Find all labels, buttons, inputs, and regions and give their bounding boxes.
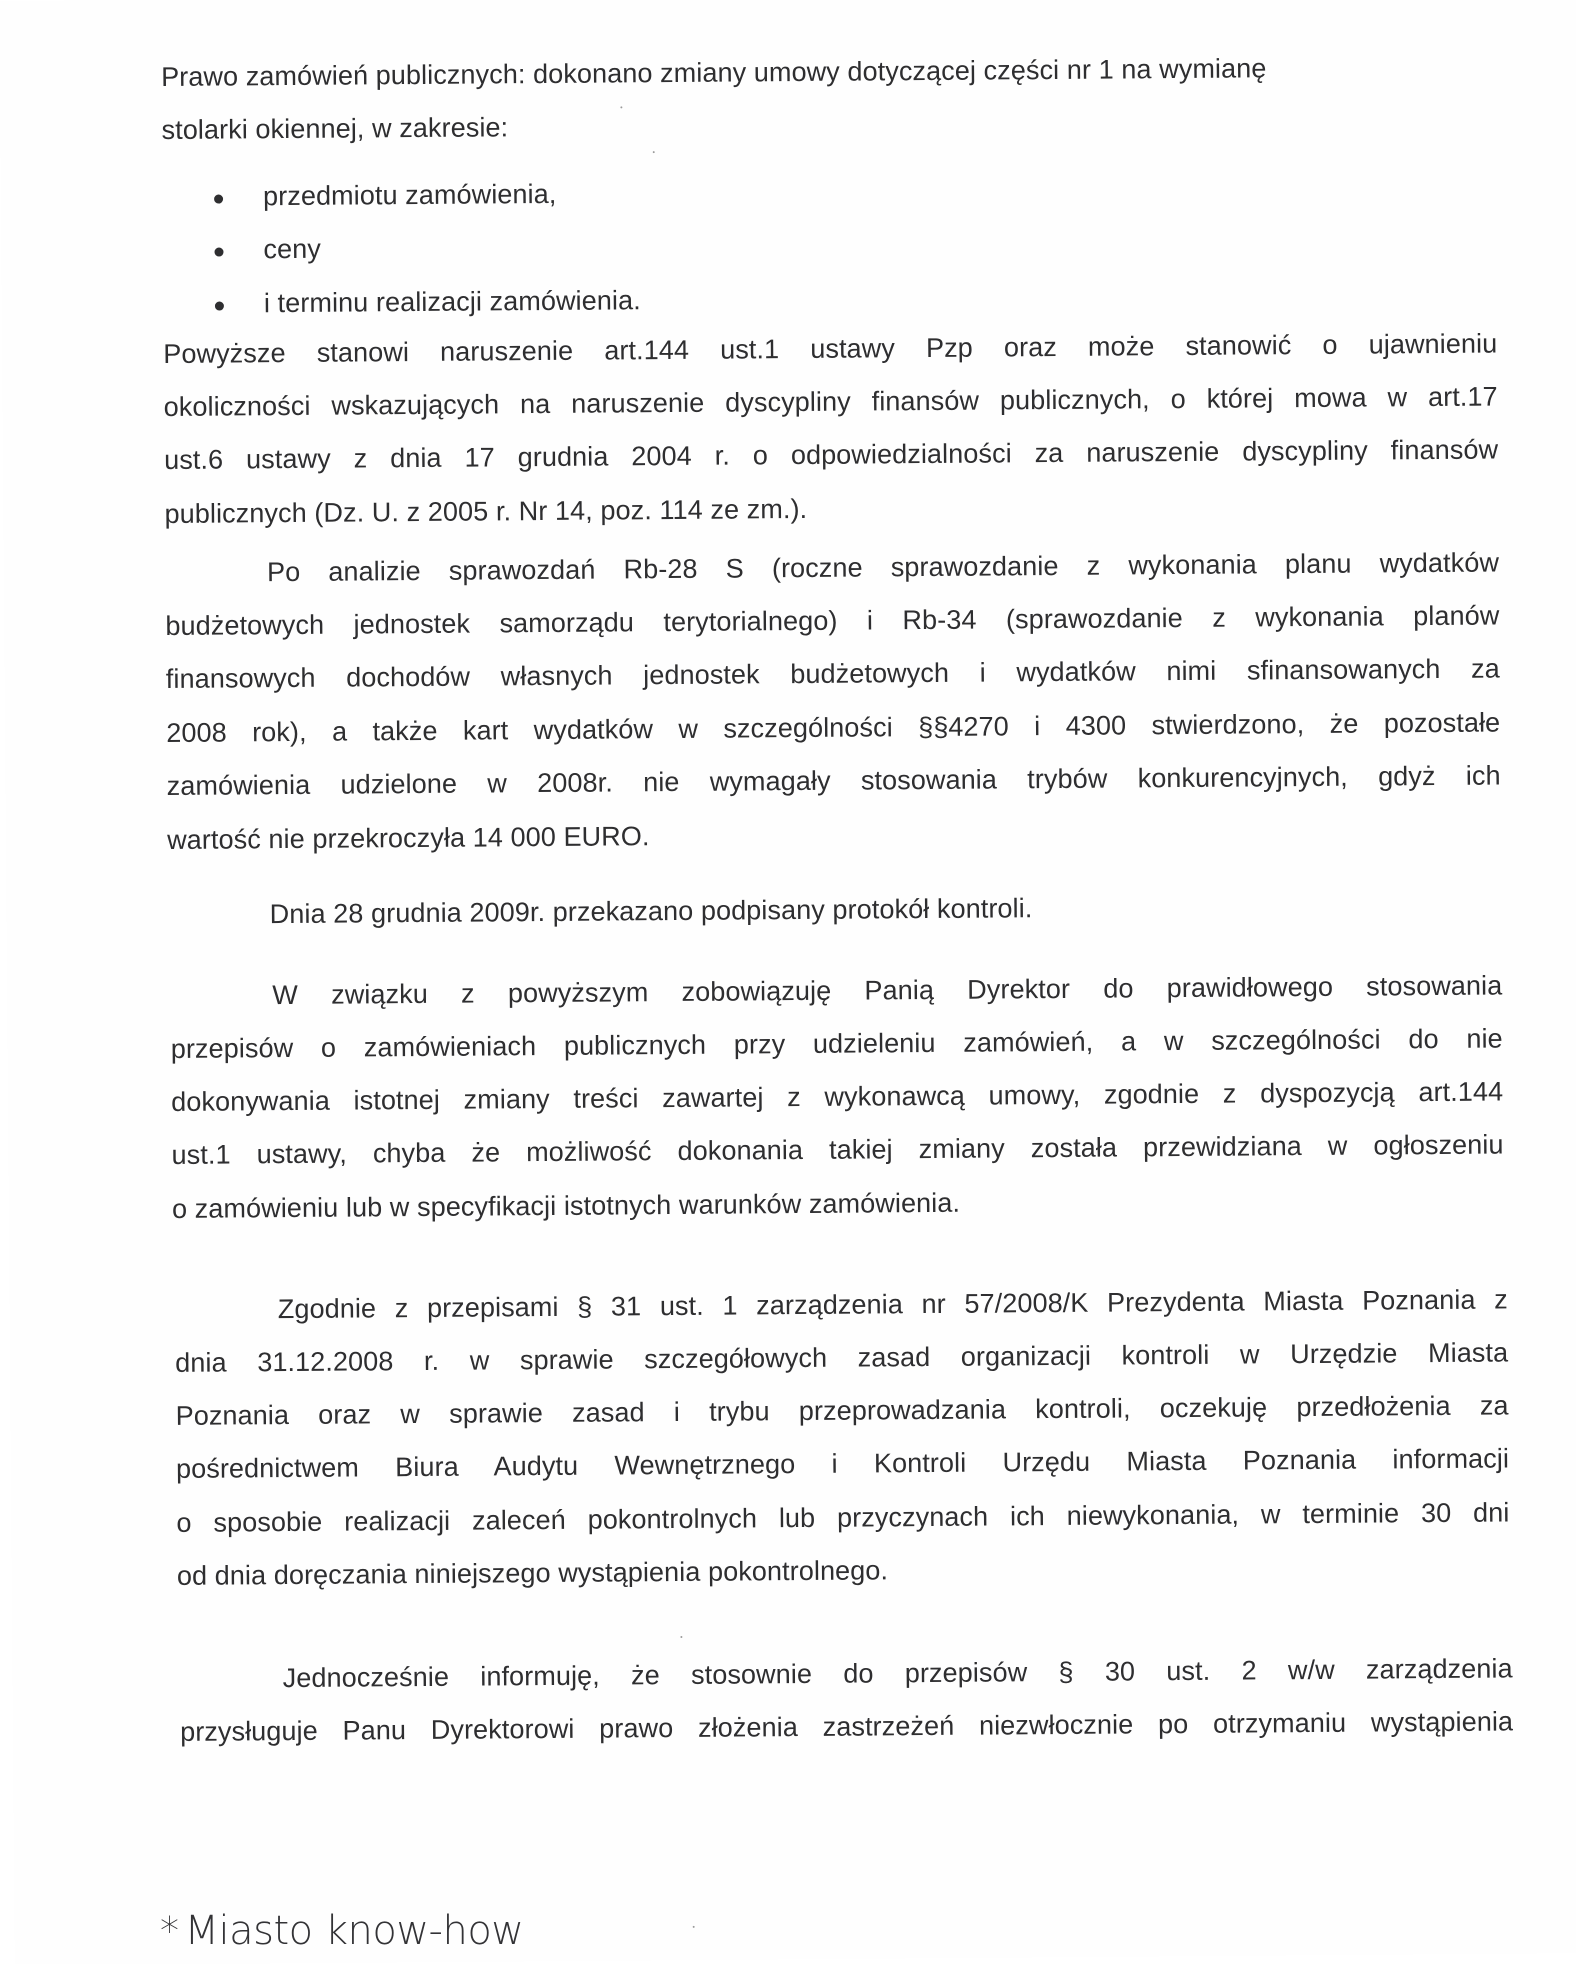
paragraph-line: Jednocześnie informuję, że stosownie do … xyxy=(283,1651,1513,1695)
paragraph-line: o zamówieniu lub w specyfikacji istotnyc… xyxy=(172,1186,960,1226)
paragraph-line: okoliczności wskazujących na naruszenie … xyxy=(164,380,1498,424)
scan-speck xyxy=(680,1636,682,1638)
paragraph-line: finansowych dochodów własnych jednostek … xyxy=(166,651,1500,695)
paragraph-line: budżetowych jednostek samorządu terytori… xyxy=(165,598,1499,642)
bullet-icon xyxy=(214,195,223,204)
paragraph-objections: Jednocześnie informuję, że stosownie do … xyxy=(0,0,1575,1)
intro-line-2: stolarki okiennej, w zakresie: xyxy=(161,110,508,147)
scan-speck xyxy=(653,151,655,153)
footer-logo: *Miasto know-how xyxy=(160,1908,524,1954)
paragraph-line: W związku z powyższym zobowiązuję Panią … xyxy=(272,968,1502,1012)
bullet-item: i terminu realizacji zamówienia. xyxy=(264,283,641,320)
paragraph-line: zamówienia udzielone w 2008r. nie wymaga… xyxy=(167,758,1501,802)
paragraph-obligation: W związku z powyższym zobowiązuję Panią … xyxy=(0,0,1575,1)
paragraph-line: Dnia 28 grudnia 2009r. przekazano podpis… xyxy=(270,891,1033,931)
scan-speck xyxy=(620,106,622,108)
paragraph-line: od dnia doręczania niniejszego wystąpien… xyxy=(177,1553,888,1593)
paragraph-line: przysługuje Panu Dyrektorowi prawo złoże… xyxy=(180,1704,1513,1748)
footer-logo-text: Miasto know-how xyxy=(185,1908,524,1954)
intro-line-1: Prawo zamówień publicznych: dokonano zmi… xyxy=(161,50,1391,94)
bullet-item: ceny xyxy=(263,232,321,266)
scanned-document-page: Prawo zamówień publicznych: dokonano zmi… xyxy=(0,0,1576,1964)
paragraph-line: pośrednictwem Biura Audytu Wewnętrznego … xyxy=(176,1441,1509,1485)
bullet-list: przedmiotu zamówienia, ceny i terminu re… xyxy=(0,0,1575,1)
paragraph-line: Po analizie sprawozdań Rb-28 S (roczne s… xyxy=(267,545,1499,589)
paragraph-protocol-date: Dnia 28 grudnia 2009r. przekazano podpis… xyxy=(0,0,1575,1)
scan-speck xyxy=(693,1926,695,1928)
paragraph-line: publicznych (Dz. U. z 2005 r. Nr 14, poz… xyxy=(164,492,807,531)
paragraph-reporting: Zgodnie z przepisami § 31 ust. 1 zarządz… xyxy=(0,0,1575,1)
bullet-icon xyxy=(215,302,224,311)
asterisk-icon: * xyxy=(160,1909,179,1953)
paragraph-analysis: Po analizie sprawozdań Rb-28 S (roczne s… xyxy=(0,0,1575,1)
paragraph-line: o sposobie realizacji zaleceń pokontroln… xyxy=(176,1495,1509,1539)
paragraph-line: przepisów o zamówieniach publicznych prz… xyxy=(171,1021,1503,1065)
bullet-icon xyxy=(214,248,223,257)
bullet-item: przedmiotu zamówienia, xyxy=(263,177,557,213)
paragraph-line: 2008 rok), a także kart wydatków w szcze… xyxy=(166,705,1500,749)
paragraph-line: dnia 31.12.2008 r. w sprawie szczegółowy… xyxy=(175,1335,1508,1379)
paragraph-line: ust.1 ustawy, chyba że możliwość dokonan… xyxy=(171,1127,1503,1171)
paragraph-line: Poznania oraz w sprawie zasad i trybu pr… xyxy=(176,1388,1509,1432)
paragraph-line: Powyższe stanowi naruszenie art.144 ust.… xyxy=(163,327,1497,371)
paragraph-line: wartość nie przekroczyła 14 000 EURO. xyxy=(167,819,650,857)
paragraph-line: dokonywania istotnej zmiany treści zawar… xyxy=(171,1074,1503,1118)
paragraph-violation: Powyższe stanowi naruszenie art.144 ust.… xyxy=(0,0,1575,1)
paragraph-line: ust.6 ustawy z dnia 17 grudnia 2004 r. o… xyxy=(164,433,1498,477)
paragraph-line: Zgodnie z przepisami § 31 ust. 1 zarządz… xyxy=(278,1282,1508,1326)
